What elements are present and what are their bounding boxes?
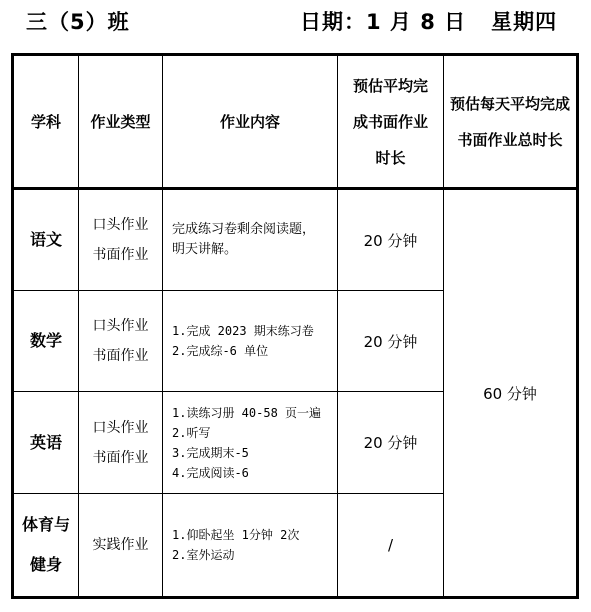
subject-line: 体育与 [14,505,78,545]
column-header-subject: 学科 [13,55,79,189]
content-line: 1.读练习册 40-58 页一遍 [172,403,337,423]
type-label: 口头作业 [79,210,162,240]
content-line: 明天讲解。 [172,240,337,260]
subject-cell: 体育与 健身 [13,494,79,598]
subject-cell: 数学 [13,291,79,392]
content-cell: 完成练习卷剩余阅读题， 明天讲解。 [163,189,338,291]
content-cell: 1.仰卧起坐 1分钟 2次 2.室外运动 [163,494,338,598]
content-line: 1.仰卧起坐 1分钟 2次 [172,525,337,545]
subject-line: 健身 [14,545,78,585]
total-duration-cell: 60 分钟 [444,189,578,598]
type-label: 口头作业 [79,413,162,443]
duration-cell: 20 分钟 [338,291,444,392]
content-line: 1.完成 2023 期末练习卷 [172,321,337,341]
content-line: 完成练习卷剩余阅读题， [172,220,337,240]
content-cell: 1.完成 2023 期末练习卷 2.完成综-6 单位 [163,291,338,392]
content-line: 2.听写 [172,423,337,443]
header-line: 成书面作业 [342,104,439,140]
type-cell: 口头作业 书面作业 [79,291,163,392]
content-line: 2.室外运动 [172,545,337,565]
content-line: 2.完成综-6 单位 [172,341,337,361]
duration-cell: / [338,494,444,598]
date-title: 日期：1 月 8 日 星期四 [300,9,557,35]
homework-table: 学科 作业类型 作业内容 预估平均完 成书面作业 时长 预估每天平均完成 书面作… [11,53,579,599]
type-label: 书面作业 [79,341,162,371]
duration-cell: 20 分钟 [338,392,444,494]
type-label: 书面作业 [79,240,162,270]
column-header-avg-duration: 预估平均完 成书面作业 时长 [338,55,444,189]
content-cell: 1.读练习册 40-58 页一遍 2.听写 3.完成期末-5 4.完成阅读-6 [163,392,338,494]
type-label: 实践作业 [79,530,162,560]
content-line: 3.完成期末-5 [172,443,337,463]
table-row-chinese: 语文 口头作业 书面作业 完成练习卷剩余阅读题， 明天讲解。 20 分钟 60 … [13,189,578,291]
subject-cell: 语文 [13,189,79,291]
header-line: 预估每天平均完成 [444,86,576,122]
column-header-total-duration: 预估每天平均完成 书面作业总时长 [444,55,578,189]
type-label: 口头作业 [79,311,162,341]
column-header-content: 作业内容 [163,55,338,189]
header-line: 预估平均完 [342,68,439,104]
type-cell: 实践作业 [79,494,163,598]
header-line: 书面作业总时长 [444,122,576,158]
duration-cell: 20 分钟 [338,189,444,291]
type-label: 书面作业 [79,443,162,473]
header-line: 时长 [342,140,439,176]
class-title: 三（5）班 [26,9,130,35]
column-header-type: 作业类型 [79,55,163,189]
type-cell: 口头作业 书面作业 [79,189,163,291]
type-cell: 口头作业 书面作业 [79,392,163,494]
table-header-row: 学科 作业类型 作业内容 预估平均完 成书面作业 时长 预估每天平均完成 书面作… [13,55,578,189]
subject-cell: 英语 [13,392,79,494]
content-line: 4.完成阅读-6 [172,463,337,483]
